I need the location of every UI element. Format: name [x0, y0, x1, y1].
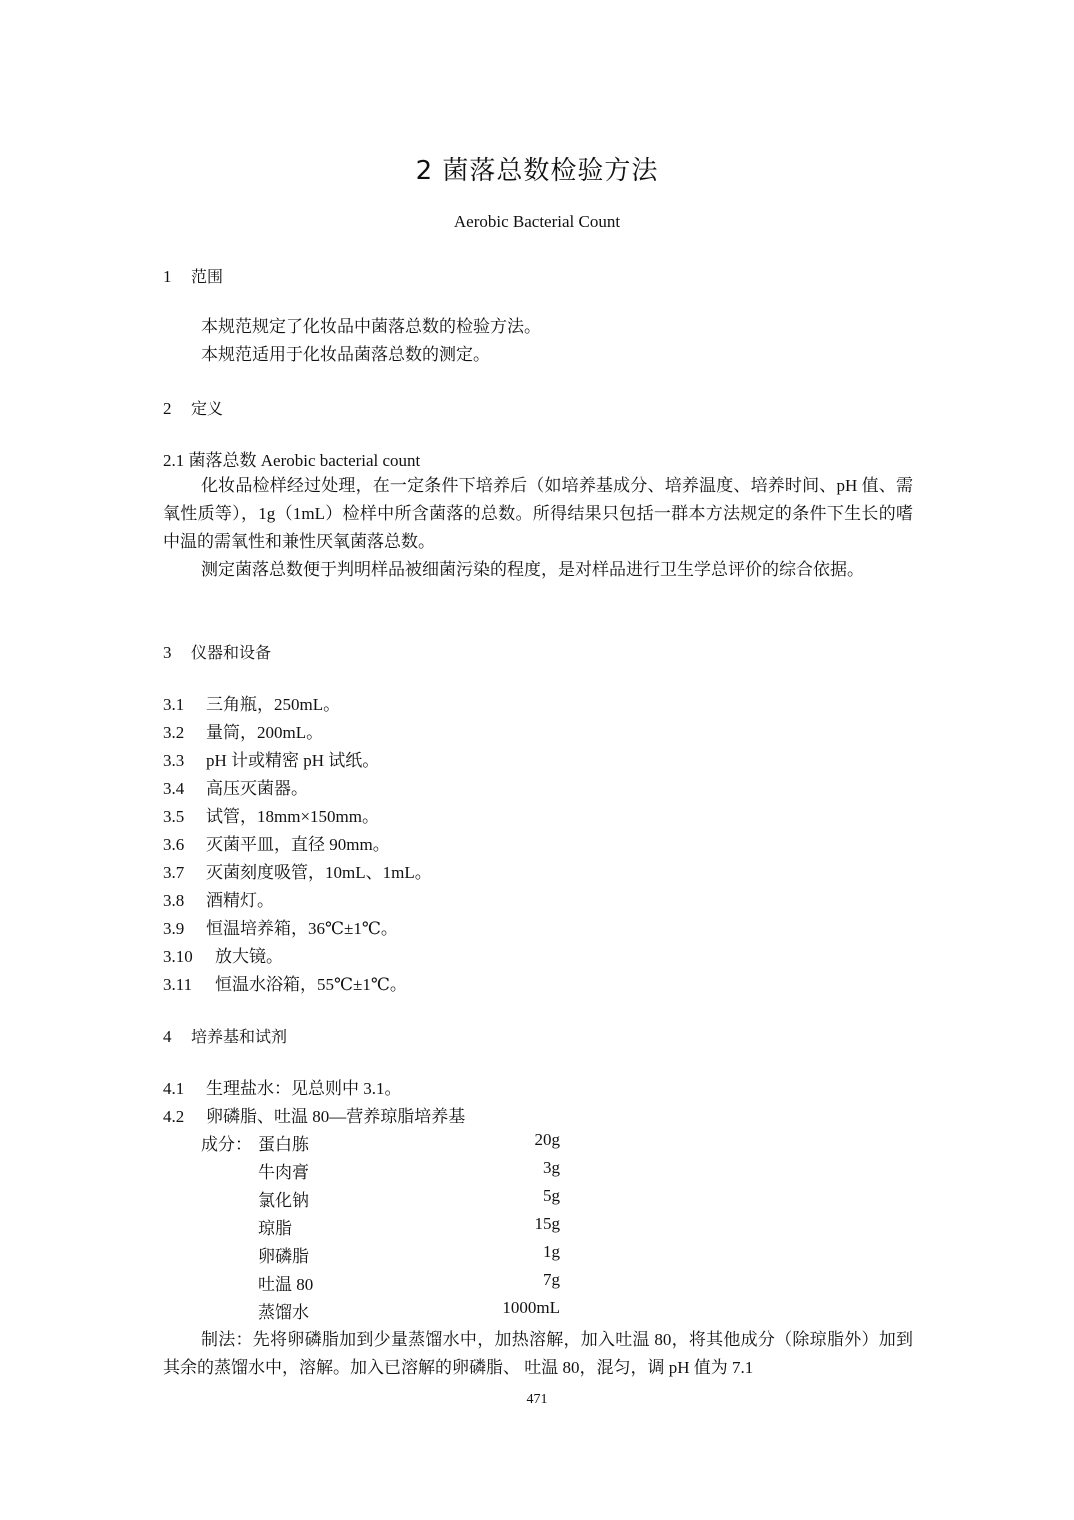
reagent-item: 4.2卵磷脂、吐温 80—营养琼脂培养基 — [163, 1102, 465, 1127]
equipment-item: 3.5试管，18mm×150mm。 — [163, 802, 379, 827]
ingredient-amount: 3g — [460, 1158, 560, 1178]
equipment-item: 3.4高压灭菌器。 — [163, 774, 308, 799]
section-title: 培养基和试剂 — [191, 1027, 287, 1046]
ingredient-name: 琼脂 — [258, 1214, 292, 1239]
equipment-item: 3.1三角瓶，250mL。 — [163, 690, 340, 715]
ingredient-amount: 5g — [460, 1186, 560, 1206]
ingredient-name: 氯化钠 — [258, 1186, 309, 1211]
ingredient-amount: 1000mL — [460, 1298, 560, 1318]
paragraph: 本规范规定了化妆品中菌落总数的检验方法。 — [201, 313, 541, 341]
equipment-item: 3.3pH 计或精密 pH 试纸。 — [163, 746, 379, 771]
preparation-method: 制法：先将卵磷脂加到少量蒸馏水中，加热溶解，加入吐温 80，将其他成分（除琼脂外… — [163, 1326, 913, 1382]
equipment-item: 3.11恒温水浴箱，55℃±1℃。 — [163, 970, 407, 995]
equipment-item: 3.7灭菌刻度吸管，10mL、1mL。 — [163, 858, 432, 883]
section-heading-equipment: 3仪器和设备 — [163, 640, 271, 663]
equipment-item: 3.2量筒，200mL。 — [163, 718, 323, 743]
ingredients-label: 成分： — [201, 1130, 252, 1155]
reagent-item: 4.1生理盐水：见总则中 3.1。 — [163, 1074, 402, 1099]
ingredient-amount: 7g — [460, 1270, 560, 1290]
paragraph: 本规范适用于化妆品菌落总数的测定。 — [201, 341, 490, 369]
section-number: 1 — [163, 267, 191, 287]
ingredient-amount: 15g — [460, 1214, 560, 1234]
section-title: 定义 — [191, 399, 223, 418]
ingredient-amount: 20g — [460, 1130, 560, 1150]
page-number: 471 — [0, 1392, 1074, 1408]
ingredient-name: 蒸馏水 — [258, 1298, 309, 1323]
ingredient-name: 吐温 80 — [258, 1270, 313, 1295]
section-number: 3 — [163, 643, 191, 663]
section-title: 范围 — [191, 267, 223, 286]
definition-paragraph: 化妆品检样经过处理，在一定条件下培养后（如培养基成分、培养温度、培养时间、pH … — [163, 472, 913, 556]
section-number: 4 — [163, 1027, 191, 1047]
equipment-item: 3.9恒温培养箱，36℃±1℃。 — [163, 914, 398, 939]
ingredient-name: 牛肉膏 — [258, 1158, 309, 1183]
ingredient-name: 蛋白胨 — [258, 1130, 309, 1155]
page-subtitle: Aerobic Bacterial Count — [0, 212, 1074, 232]
section-title: 仪器和设备 — [191, 643, 271, 662]
ingredient-name: 卵磷脂 — [258, 1242, 309, 1267]
section-number: 2 — [163, 399, 191, 419]
equipment-item: 3.6灭菌平皿，直径 90mm。 — [163, 830, 390, 855]
definition-paragraph: 测定菌落总数便于判明样品被细菌污染的程度，是对样品进行卫生学总评价的综合依据。 — [163, 556, 913, 584]
equipment-item: 3.8酒精灯。 — [163, 886, 274, 911]
subsection-heading: 2.1 菌落总数 Aerobic bacterial count — [163, 446, 420, 471]
section-heading-media-reagents: 4培养基和试剂 — [163, 1024, 287, 1047]
equipment-item: 3.10放大镜。 — [163, 942, 283, 967]
section-heading-definition: 2定义 — [163, 396, 223, 419]
ingredient-amount: 1g — [460, 1242, 560, 1262]
section-heading-scope: 1范围 — [163, 264, 223, 287]
page-title: 2 菌落总数检验方法 — [0, 150, 1074, 187]
